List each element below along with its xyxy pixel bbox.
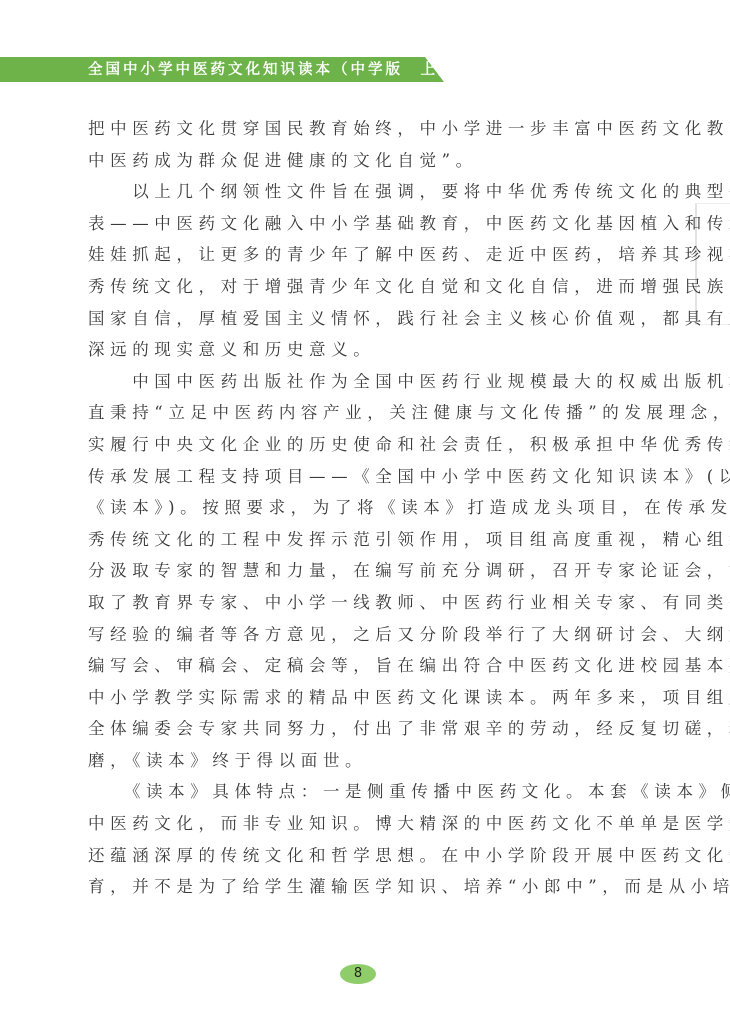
book-title: 全国中小学中医药文化知识读本（中学版 上册）	[88, 59, 473, 81]
text-line: 写经验的编者等各方意见，之后又分阶段举行了大纲研讨会、大纲定稿会、	[88, 619, 634, 651]
text-line: 表——中医药文化融入中小学基础教育，中医药文化基因植入和传承要从	[88, 208, 634, 240]
body-text: 把中医药文化贯穿国民教育始终，中小学进一步丰富中医药文化教育，使 中医药成为群众…	[88, 113, 634, 903]
text-line: 把中医药文化贯穿国民教育始终，中小学进一步丰富中医药文化教育，使	[88, 113, 634, 145]
text-line: 中医药文化，而非专业知识。博大精深的中医药文化不单单是医学知识，	[88, 808, 634, 840]
text-line: 中国中医药出版社作为全国中医药行业规模最大的权威出版机构，一	[88, 366, 634, 398]
text-line: 育，并不是为了给学生灌输医学知识、培养“小郎中”，而是从小培养其健	[88, 871, 634, 903]
text-line: 分汲取专家的智慧和力量，在编写前充分调研，召开专家论证会，认真听	[88, 555, 634, 587]
page-number-badge: 8	[340, 964, 376, 984]
text-line: 深远的现实意义和历史意义。	[88, 334, 634, 366]
text-line: 编写会、审稿会、定稿会等，旨在编出符合中医药文化进校园基本要求和	[88, 650, 634, 682]
text-line: 国家自信，厚植爱国主义情怀，践行社会主义核心价值观，都具有重大而	[88, 303, 634, 335]
text-line: 以上几个纲领性文件旨在强调，要将中华优秀传统文化的典型代	[88, 176, 634, 208]
text-line: 中医药成为群众促进健康的文化自觉”。	[88, 145, 634, 177]
text-line: 磨，《读本》终于得以面世。	[88, 745, 634, 777]
text-line: 实履行中央文化企业的历史使命和社会责任，积极承担中华优秀传统文化	[88, 429, 634, 461]
text-line: 中小学教学实际需求的精品中医药文化课读本。两年多来，项目组成员和	[88, 682, 634, 714]
text-line: 《读本》具体特点：一是侧重传播中医药文化。本套《读本》侧重传播	[88, 776, 634, 808]
text-line: 还蕴涵深厚的传统文化和哲学思想。在中小学阶段开展中医药文化知识教	[88, 840, 634, 872]
text-line: 传承发展工程支持项目——《全国中小学中医药文化知识读本》(以下简称	[88, 461, 634, 493]
text-line: 秀传统文化，对于增强青少年文化自觉和文化自信，进而增强民族自信和	[88, 271, 634, 303]
text-line: 《读本》)。按照要求，为了将《读本》打造成龙头项目，在传承发展中华优	[88, 492, 634, 524]
text-line: 全体编委会专家共同努力，付出了非常艰辛的劳动，经反复切磋，精心打	[88, 713, 634, 745]
text-line: 秀传统文化的工程中发挥示范引领作用，项目组高度重视，精心组织，充	[88, 524, 634, 556]
text-line: 直秉持“立足中医药内容产业，关注健康与文化传播”的发展理念，为切	[88, 397, 634, 429]
text-line: 娃娃抓起，让更多的青少年了解中医药、走近中医药，培养其珍视祖国优	[88, 239, 634, 271]
text-line: 取了教育界专家、中小学一线教师、中医药行业相关专家、有同类书籍编	[88, 587, 634, 619]
